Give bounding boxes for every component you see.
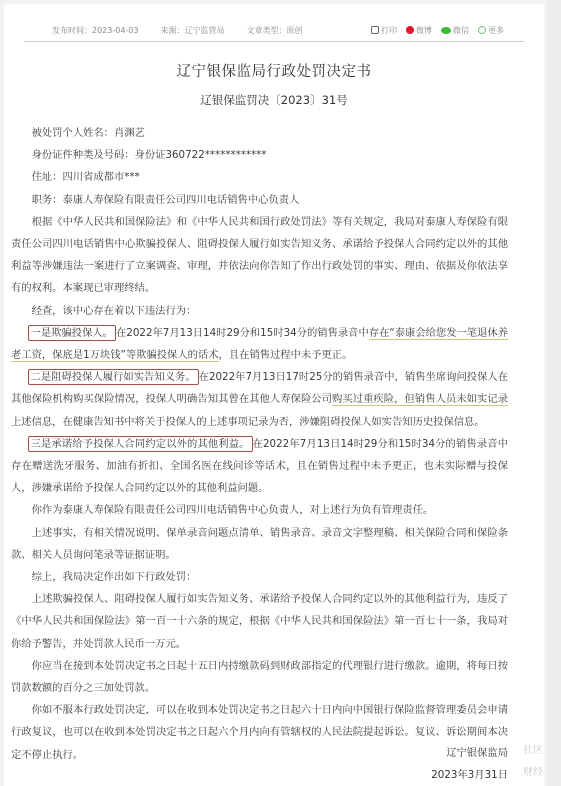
penalized-name: 被处罚个人姓名：肖渊艺	[11, 122, 508, 144]
more-icon	[478, 26, 486, 34]
violation-2: 二是阻碍投保人履行如实告知义务。在2022年7月13日17时25分的销售录音中，…	[11, 366, 508, 433]
violation-2-label: 二是阻碍投保人履行如实告知义务。	[28, 369, 199, 385]
share-more-button[interactable]: 更多	[478, 25, 504, 36]
print-icon	[371, 26, 379, 34]
print-button[interactable]: 打印	[371, 25, 397, 36]
payment-paragraph: 你应当在接到本处罚决定书之日起十五日内持缴款码到财政部指定的代理银行进行缴款。逾…	[11, 655, 508, 699]
divider	[24, 41, 524, 42]
id-number: 身份证件种类及号码：身份证360722************	[11, 144, 508, 166]
wechat-icon	[441, 27, 451, 34]
source: 来源：辽宁监管局	[161, 25, 225, 36]
position: 职务：泰康人寿保险有限责任公司四川电话销售中心负责人	[11, 189, 508, 211]
publish-time: 发布时间：2023-04-03	[52, 25, 139, 36]
share-wechat-button[interactable]: 微信	[441, 25, 469, 36]
signature-date: 2023年3月31日	[431, 764, 508, 786]
document-number: 辽银保监罚决〔2023〕31号	[4, 92, 544, 108]
violation-1: 一是欺骗投保人。在2022年7月13日14时29分和15时34分的销售录音中存在…	[11, 322, 508, 366]
signature-org: 辽宁银保监局	[431, 742, 508, 764]
underlined-phrase: 购买过重疾险，但销售人员未如实记录	[332, 393, 508, 406]
weibo-icon	[406, 26, 414, 34]
address: 住址：四川省成都市***	[11, 166, 508, 188]
doc-type: 文章类型：原创	[247, 25, 303, 36]
evidence-paragraph: 上述事实，有相关情况说明、保单录音问题点清单、销售录音、录音文字整理稿、相关保险…	[11, 522, 508, 566]
meta-bar: 发布时间：2023-04-03 来源：辽宁监管局 文章类型：原创 打印 微博 微…	[52, 22, 504, 38]
document-body: 被处罚个人姓名：肖渊艺 身份证件种类及号码：身份证360722*********…	[11, 122, 508, 766]
basis-paragraph: 根据《中华人民共和国保险法》和《中华人民共和国行政处罚法》等有关规定，我局对泰康…	[11, 211, 508, 300]
scrollbar-track[interactable]	[547, 0, 561, 786]
found-line: 经查，该中心存在着以下违法行为：	[11, 300, 508, 322]
decision-paragraph: 上述欺骗投保人、阻碍投保人履行如实告知义务、承诺给予投保人合同约定以外的其他利益…	[11, 588, 508, 655]
violation-3-label: 三是承诺给予投保人合同约定以外的其他利益。	[28, 436, 253, 452]
responsibility-paragraph: 你作为泰康人寿保险有限责任公司四川电话销售中心负责人，对上述行为负有管理责任。	[11, 499, 508, 521]
page-title: 辽宁银保监局行政处罚决定书	[4, 60, 544, 81]
violation-3: 三是承诺给予投保人合同约定以外的其他利益。在2022年7月13日14时29分和1…	[11, 433, 508, 500]
violation-1-label: 一是欺骗投保人。	[28, 325, 116, 341]
document-page: 发布时间：2023-04-03 来源：辽宁监管局 文章类型：原创 打印 微博 微…	[4, 4, 544, 786]
share-bar: 打印 微博 微信 更多	[371, 25, 504, 36]
watermark: 社区 财经	[523, 740, 543, 784]
signature: 辽宁银保监局 2023年3月31日	[431, 742, 508, 786]
share-weibo-button[interactable]: 微博	[406, 25, 432, 36]
decision-intro: 综上，我局决定作出如下行政处罚：	[11, 566, 508, 588]
